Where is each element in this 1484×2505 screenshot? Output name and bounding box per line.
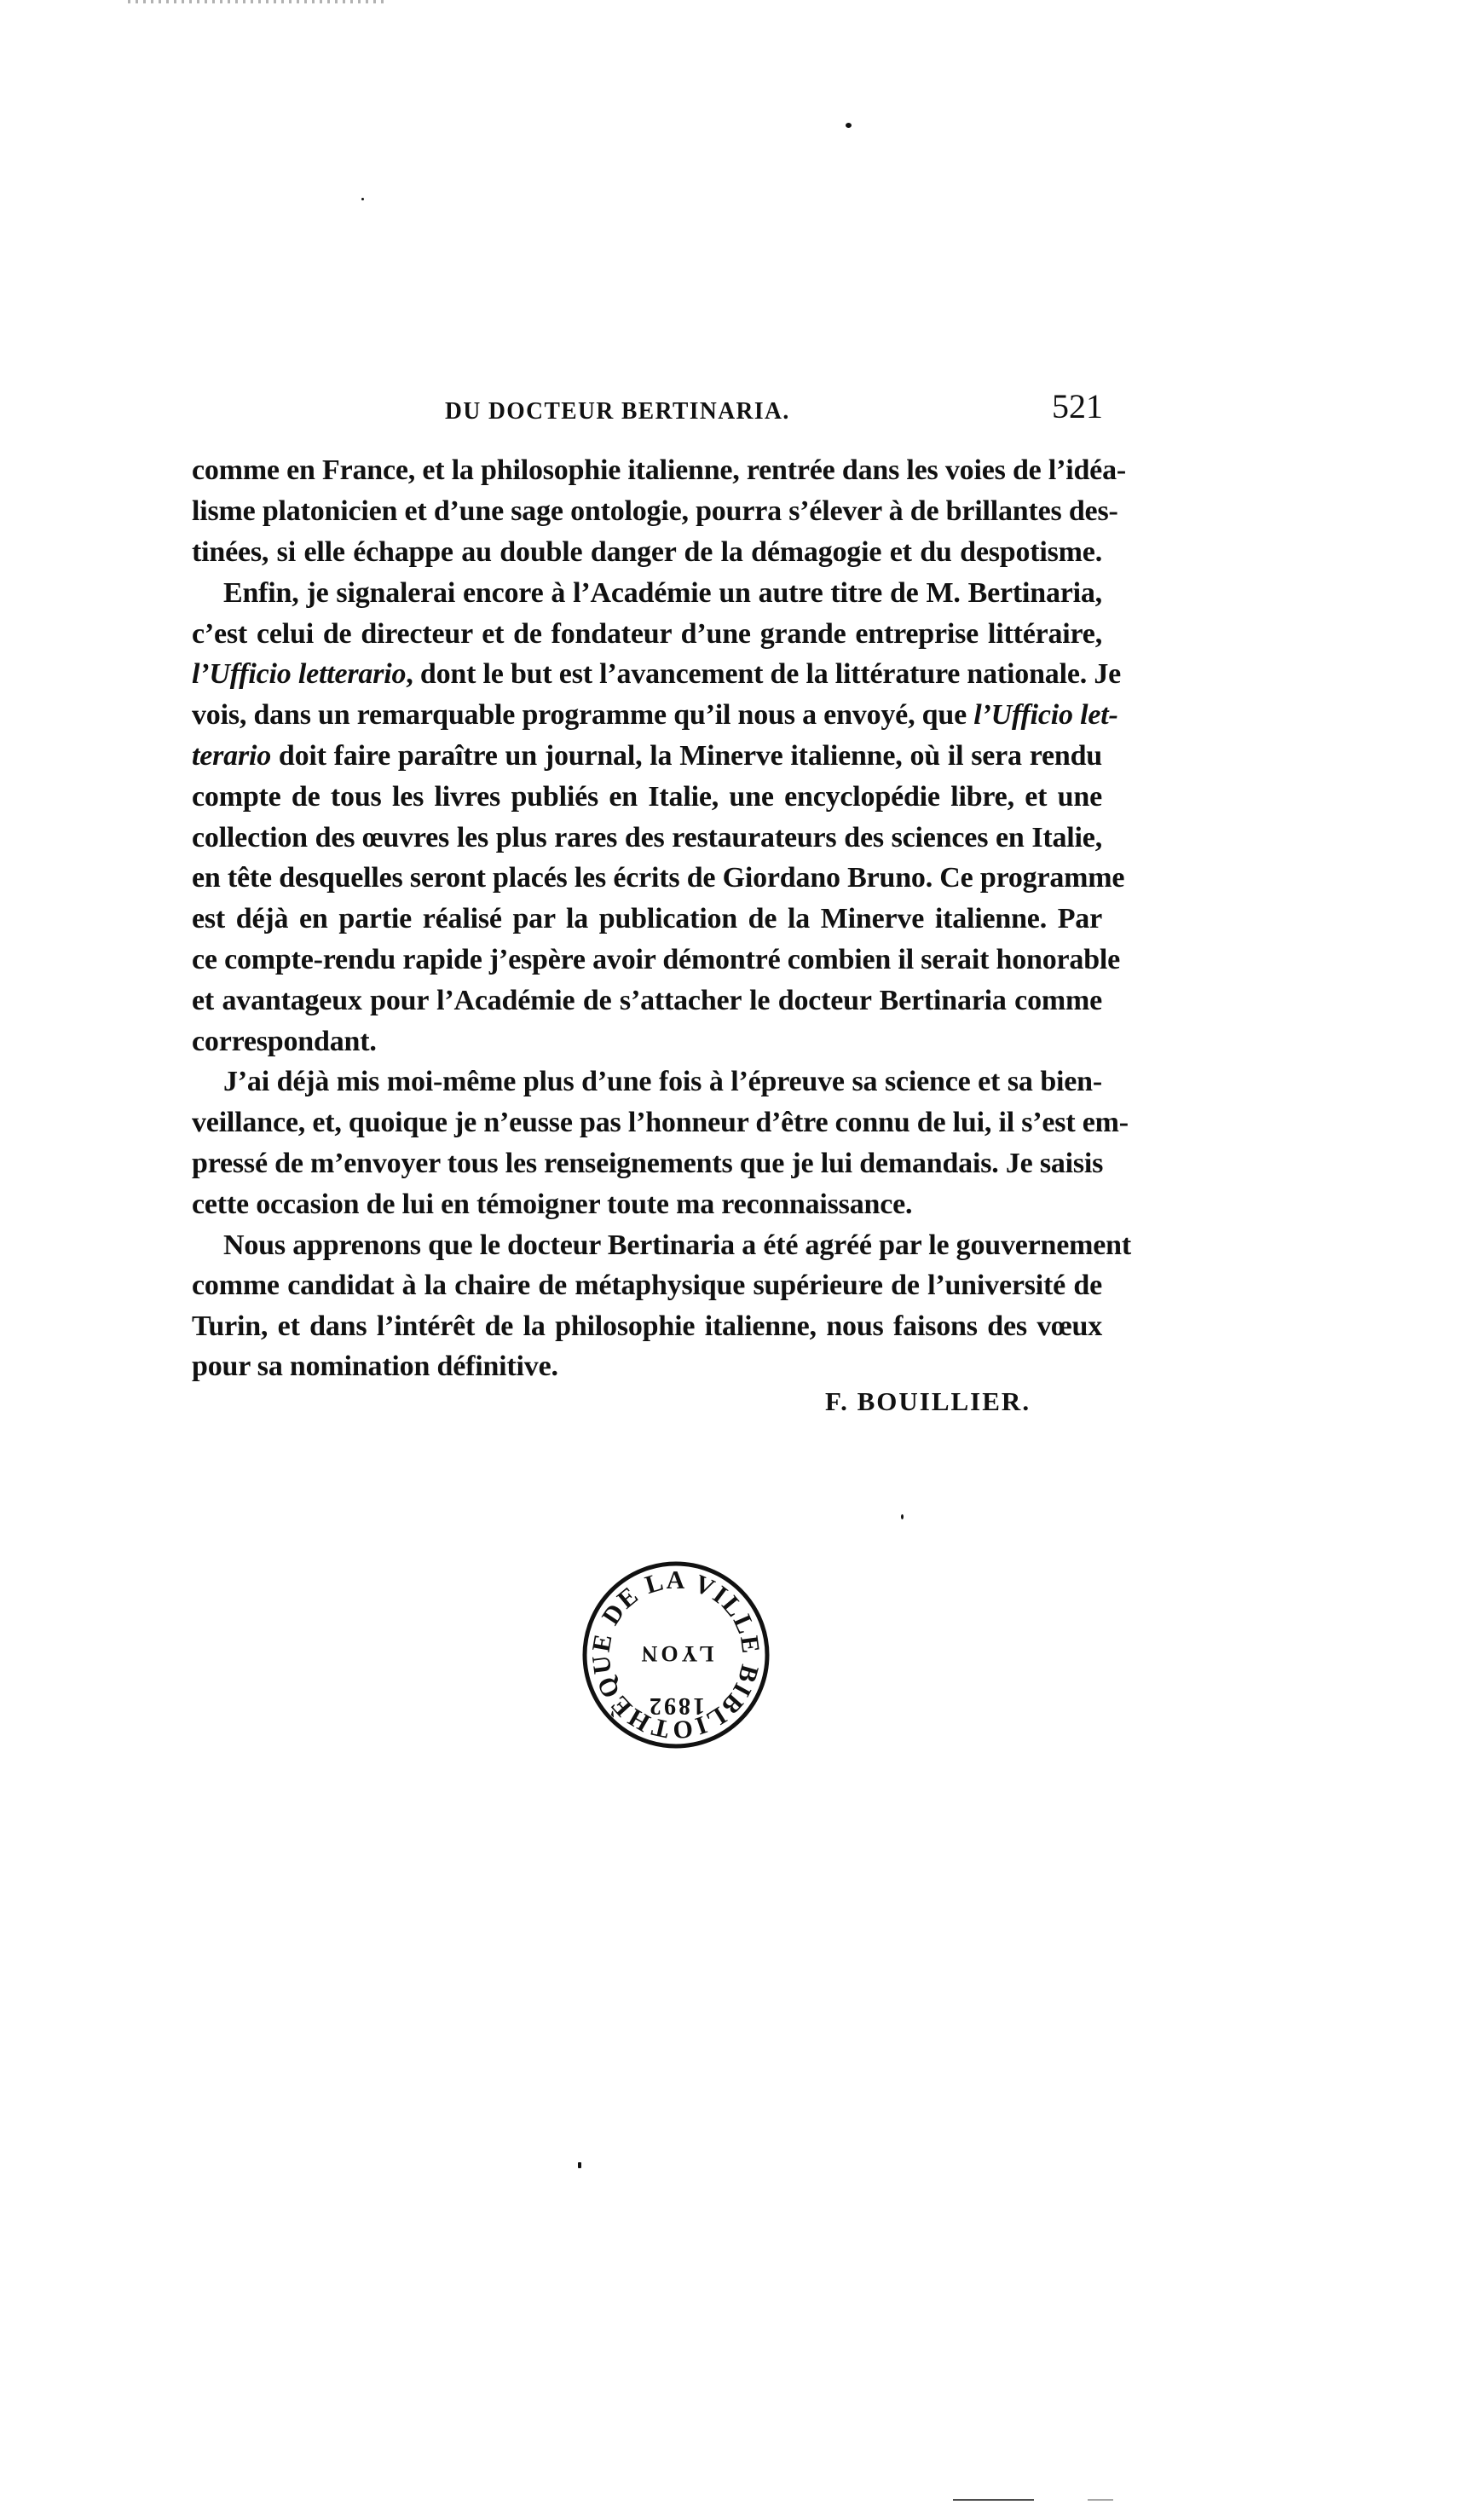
scanned-page: DU DOCTEUR BERTINARIA. 521 comme en Fran…	[0, 0, 1484, 2505]
paragraph-start-line: J’ai déjà mis moi-même plus d’une fois à…	[223, 1065, 1102, 1099]
svg-text:LYON: LYON	[638, 1641, 714, 1666]
scan-edge-rule	[1088, 2499, 1113, 2501]
text-line: est déjà en partie réalisé par la public…	[192, 902, 1102, 936]
paragraph-end-line: cette occasion de lui en témoigner toute…	[192, 1188, 1102, 1222]
library-stamp: BIBLIOTHÈQUE DE LA VILLE 1892 LYON	[580, 1559, 772, 1751]
text-span: , dont le but est l’avancement de la lit…	[406, 658, 1121, 690]
text-line: c’est celui de directeur et de fondateur…	[192, 617, 1102, 651]
ink-speck	[846, 123, 852, 128]
text-span: doit faire paraître un journal, la Miner…	[271, 740, 1102, 772]
paragraph-end-line: correspondant.	[192, 1025, 1102, 1059]
paragraph-start-line: Nous apprenons que le docteur Bertinaria…	[223, 1229, 1102, 1263]
text-span: vois, dans un remarquable programme qu’i…	[192, 699, 973, 731]
text-line: tinées, si elle échappe au double danger…	[192, 535, 1102, 570]
text-line: Turin, et dans l’intérêt de la philosoph…	[192, 1310, 1102, 1344]
paragraph-end-line: pour sa nomination définitive.	[192, 1350, 1102, 1384]
text-line: l’Ufficio letterario, dont le but est l’…	[192, 657, 1102, 691]
ink-speck	[578, 2162, 581, 2168]
text-line: en tête desquelles seront placés les écr…	[192, 861, 1102, 895]
scan-edge-rule	[953, 2499, 1034, 2501]
text-line: pressé de m’envoyer tous les renseigneme…	[192, 1147, 1102, 1181]
text-line: compte de tous les livres publiés en Ita…	[192, 780, 1102, 814]
text-line: et avantageux pour l’Académie de s’attac…	[192, 984, 1102, 1018]
author-signature: F. BOUILLIER.	[825, 1385, 1031, 1419]
stamp-seal-icon: BIBLIOTHÈQUE DE LA VILLE 1892 LYON	[580, 1559, 772, 1751]
running-title: DU DOCTEUR BERTINARIA.	[445, 394, 790, 428]
text-line: vois, dans un remarquable programme qu’i…	[192, 698, 1102, 732]
paragraph-start-line: Enfin, je signalerai encore à l’Académie…	[223, 576, 1102, 610]
text-line: lisme platonicien et d’une sage ontologi…	[192, 495, 1102, 529]
ink-speck	[901, 1514, 904, 1519]
scan-edge-noise	[128, 0, 384, 3]
text-line: comme candidat à la chaire de métaphysiq…	[192, 1269, 1102, 1303]
italic-title: l’Ufficio let-	[973, 699, 1117, 731]
text-line: collection des œuvres les plus rares des…	[192, 821, 1102, 855]
text-line: comme en France, et la philosophie itali…	[192, 454, 1102, 488]
svg-text:1892: 1892	[647, 1692, 705, 1719]
ink-speck	[361, 198, 364, 200]
text-line: ce compte-rendu rapide j’espère avoir dé…	[192, 943, 1102, 977]
text-line: terario doit faire paraître un journal, …	[192, 739, 1102, 773]
text-line: veillance, et, quoique je n’eusse pas l’…	[192, 1106, 1102, 1140]
italic-title: terario	[192, 740, 271, 772]
page-number: 521	[1050, 385, 1103, 428]
italic-title: l’Ufficio letterario	[192, 658, 406, 690]
